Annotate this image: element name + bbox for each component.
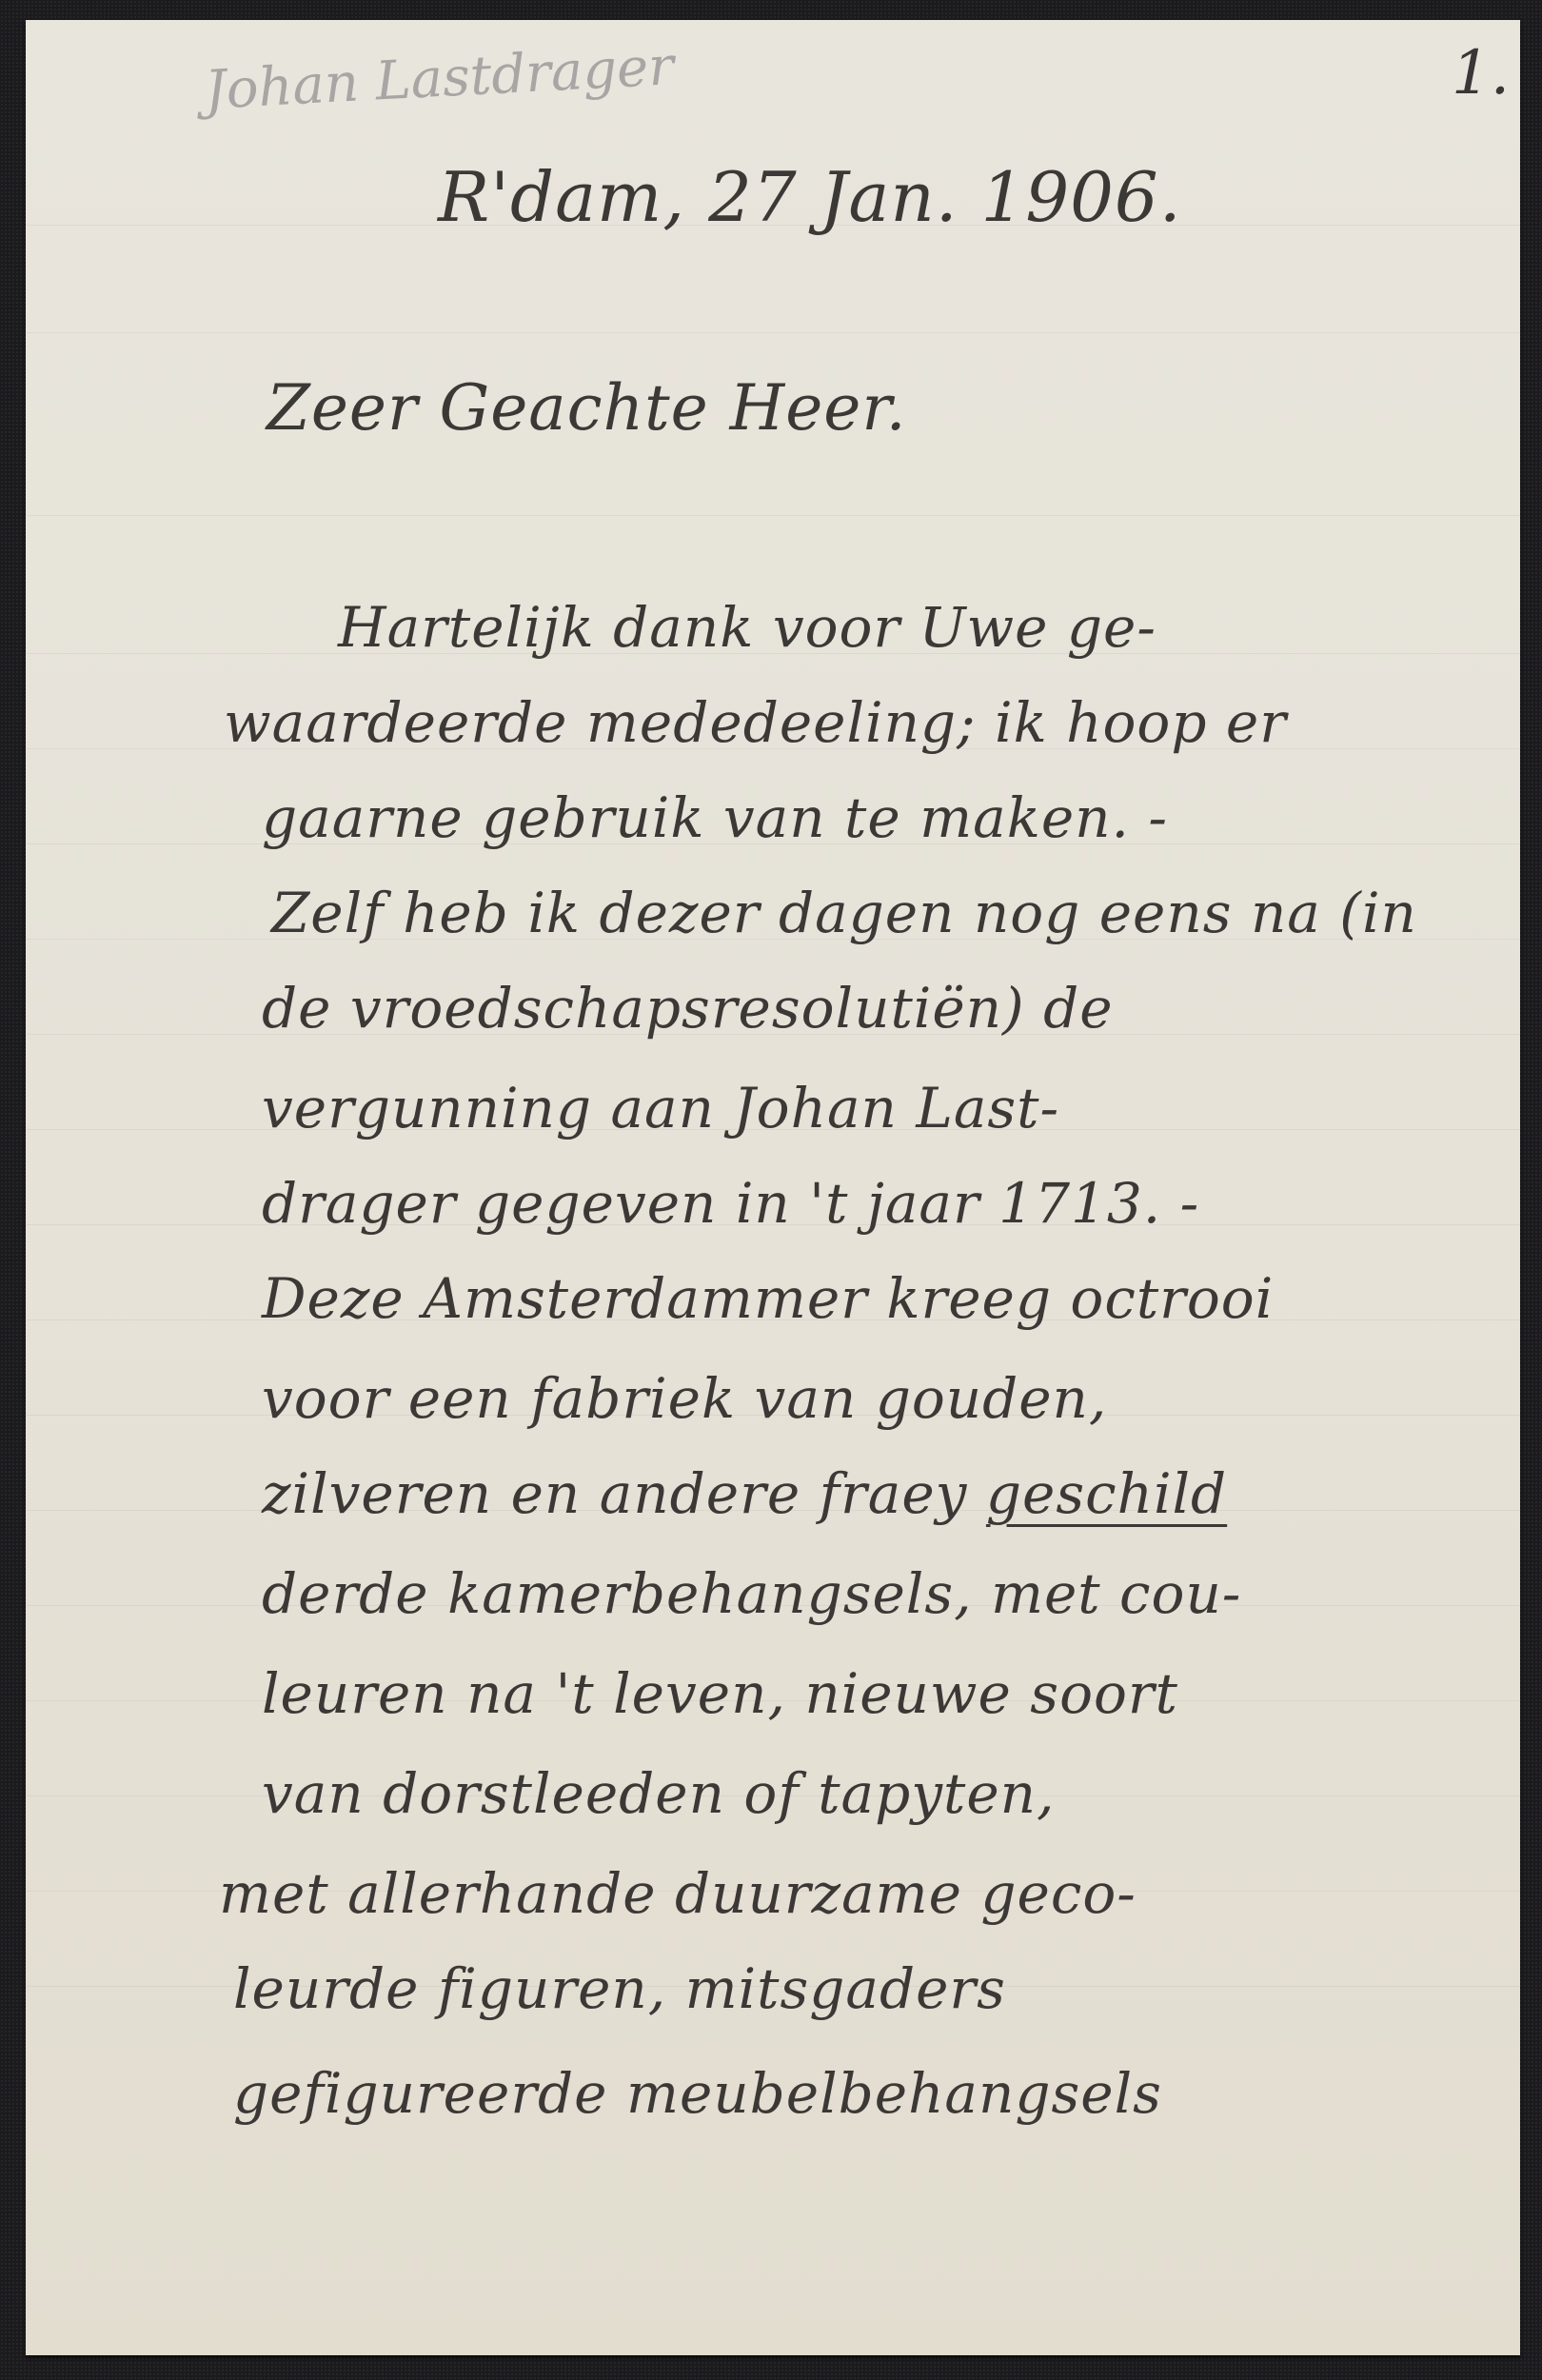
salutation: Zeer Geachte Heer. — [267, 371, 907, 445]
body-line-text: zilveren en andere fraey — [262, 1461, 967, 1526]
body-line: vergunning aan Johan Last- — [262, 1076, 1059, 1140]
body-line: drager gegeven in 't jaar 1713. - — [262, 1171, 1199, 1236]
body-line: van dorstleeden of tapyten, — [262, 1761, 1055, 1826]
body-line: derde kamerbehangsels, met cou- — [262, 1561, 1241, 1626]
body-line: Deze Amsterdammer kreeg octrooi — [262, 1266, 1274, 1331]
body-line: leurde figuren, mitsgaders — [233, 1956, 1006, 2021]
body-line: leuren na 't leven, nieuwe soort — [262, 1661, 1178, 1726]
ruled-line — [26, 515, 1520, 516]
body-line: gefigureerde meubelbehangsels — [233, 2061, 1162, 2126]
body-line: gaarne gebruik van te maken. - — [262, 785, 1168, 850]
body-line: met allerhande duurzame geco- — [219, 1861, 1137, 1926]
body-line: de vroedschapsresolutiën) de — [262, 976, 1114, 1041]
underlined-word: geschild — [986, 1461, 1227, 1526]
body-line: zilveren en andere fraey geschild — [262, 1461, 1227, 1526]
body-line: voor een fabriek van gouden, — [262, 1366, 1107, 1431]
ruled-line — [26, 332, 1520, 333]
page-number: 1. — [1452, 38, 1510, 109]
body-line: waardeerde mededeeling; ik hoop er — [224, 690, 1287, 755]
place-date: R'dam, 27 Jan. 1906. — [438, 157, 1182, 237]
body-line: Hartelijk dank voor Uwe ge- — [338, 595, 1156, 660]
body-line: Zelf heb ik dezer dagen nog eens na (in — [271, 881, 1417, 945]
